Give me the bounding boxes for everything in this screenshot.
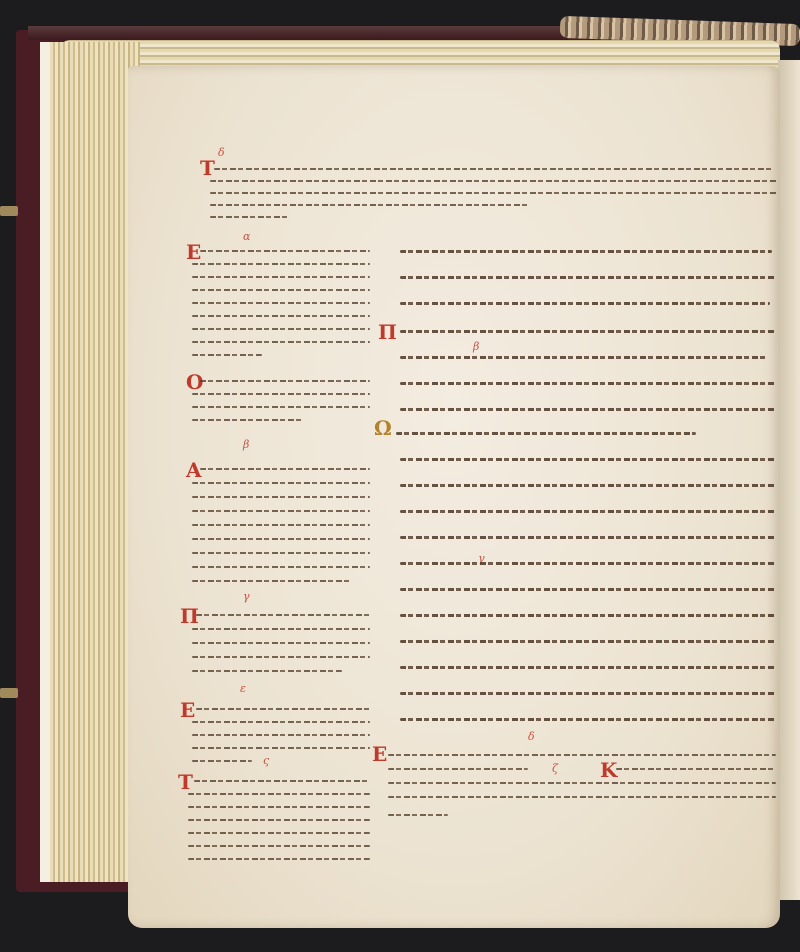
- text-line: [400, 356, 768, 359]
- text-line: [200, 468, 370, 470]
- text-line: [192, 510, 370, 512]
- text-line: [192, 302, 370, 304]
- text-line: [200, 380, 370, 382]
- marginal-numeral: δ: [528, 730, 535, 743]
- manuscript-page: δ Τ α Ε Ο β Α γ Π: [128, 66, 780, 928]
- text-line: [400, 614, 776, 617]
- text-line: [214, 168, 774, 170]
- text-line: [192, 341, 370, 343]
- facing-page-edge: [778, 60, 800, 900]
- text-line: [400, 666, 776, 669]
- text-line: [192, 524, 370, 526]
- text-line: [192, 580, 352, 582]
- text-line: [192, 734, 370, 736]
- text-line: [192, 354, 262, 356]
- header-numeral: δ: [218, 146, 225, 159]
- text-line: [388, 796, 776, 798]
- text-line: [400, 302, 770, 305]
- text-line: [192, 263, 370, 265]
- text-line: [192, 289, 370, 291]
- text-line: [188, 858, 370, 860]
- text-line: [210, 192, 778, 194]
- text-line: [192, 642, 370, 644]
- text-line: [188, 806, 370, 808]
- text-line: [192, 406, 370, 408]
- text-line: [192, 760, 252, 762]
- text-line: [400, 510, 776, 513]
- text-line: [400, 408, 776, 411]
- rubric-initial: Π: [180, 606, 199, 626]
- text-line: [192, 552, 370, 554]
- text-line: [400, 718, 776, 721]
- text-line: [400, 562, 776, 565]
- text-line: [192, 276, 370, 278]
- text-line: [400, 692, 776, 695]
- rubric-initial: Ο: [186, 372, 203, 392]
- text-line: [400, 484, 776, 487]
- marginal-numeral: β: [473, 340, 479, 353]
- marginal-numeral: ς: [263, 754, 269, 767]
- text-line: [192, 747, 370, 749]
- text-line: [192, 482, 370, 484]
- marginal-numeral: ε: [240, 682, 246, 695]
- text-line: [200, 250, 370, 252]
- text-line: [210, 204, 530, 206]
- text-line: [400, 250, 772, 253]
- text-line: [388, 814, 448, 816]
- text-line: [192, 419, 302, 421]
- text-line: [616, 768, 776, 770]
- text-line: [192, 670, 342, 672]
- rubric-initial: Κ: [600, 760, 617, 780]
- text-line: [400, 276, 776, 279]
- clasp-bottom: [0, 688, 18, 698]
- text-line: [192, 315, 370, 317]
- rubric-initial: Τ: [200, 158, 215, 178]
- rubric-initial: Ε: [186, 242, 201, 262]
- marginal-numeral: γ: [243, 590, 250, 603]
- text-line: [194, 780, 370, 782]
- text-line: [396, 432, 696, 435]
- marginal-numeral: ζ: [552, 762, 558, 775]
- text-line: [400, 382, 776, 385]
- text-line: [192, 721, 370, 723]
- text-line: [188, 819, 370, 821]
- text-line: [192, 496, 370, 498]
- text-line: [192, 566, 370, 568]
- rubric-initial: Ε: [180, 700, 195, 720]
- text-line: [188, 845, 370, 847]
- text-line: [400, 330, 776, 333]
- text-line: [388, 754, 776, 756]
- clasp-top: [0, 206, 18, 216]
- text-line: [196, 614, 370, 616]
- cover-top-edge: [28, 26, 568, 40]
- text-line: [210, 180, 778, 182]
- marginal-numeral: α: [243, 230, 250, 243]
- text-line: [192, 328, 370, 330]
- text-line: [400, 640, 776, 643]
- text-line: [388, 782, 776, 784]
- rubric-initial: Ε: [372, 744, 387, 764]
- text-line: [400, 458, 776, 461]
- text-line: [192, 628, 370, 630]
- page-stack-fore-edge: [40, 42, 140, 882]
- rubric-initial: Ω: [374, 418, 392, 438]
- text-line: [388, 768, 528, 770]
- text-line: [400, 588, 776, 591]
- marginal-numeral: β: [243, 438, 249, 451]
- rubric-initial: Α: [186, 460, 202, 480]
- text-line: [196, 708, 370, 710]
- text-line: [400, 536, 776, 539]
- text-line: [188, 793, 370, 795]
- text-line: [192, 393, 370, 395]
- text-line: [210, 216, 290, 218]
- rubric-initial: Τ: [178, 772, 193, 792]
- text-line: [188, 832, 370, 834]
- text-line: [192, 656, 370, 658]
- text-line: [192, 538, 370, 540]
- rubric-initial: Π: [378, 322, 397, 342]
